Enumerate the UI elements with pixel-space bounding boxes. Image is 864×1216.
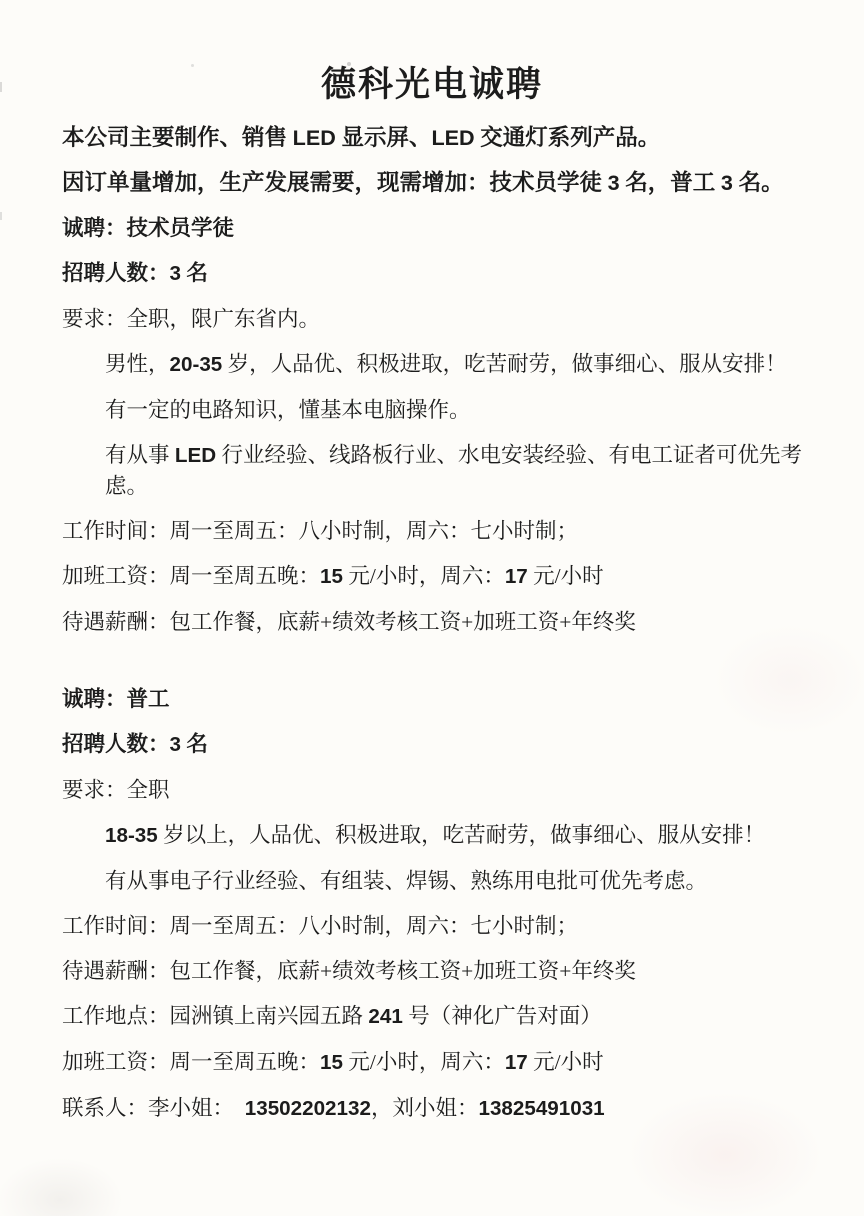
job2-requirement: 要求：全职 [62, 775, 844, 805]
job1-detail-2: 有一定的电路知识，懂基本电脑操作。 [105, 395, 844, 425]
scanned-job-posting-page: 德科光电诚聘 本公司主要制作、销售 LED 显示屏、LED 交通灯系列产品。 因… [0, 0, 864, 1216]
latin-text: 13502202132 [245, 1097, 371, 1120]
job2-overtime-pay: 加班工资：周一至周五晚：15 元/小时，周六：17 元/小时 [62, 1047, 844, 1078]
latin-text: LED [175, 444, 216, 467]
latin-text: 3 [721, 170, 733, 195]
latin-text: 18-35 [105, 824, 158, 847]
latin-text: 3 [170, 733, 181, 756]
scan-edge-artifact [0, 212, 2, 220]
page-title: 德科光电诚聘 [0, 0, 864, 106]
job1-detail-3: 有从事 LED 行业经验、线路板行业、水电安装经验、有电工证者可优先考虑。 [105, 440, 844, 501]
job1-work-hours: 工作时间：周一至周五：八小时制，周六：七小时制； [62, 516, 844, 546]
latin-text: 17 [505, 565, 528, 588]
latin-text: 3 [170, 262, 181, 285]
job2-location: 工作地点：园洲镇上南兴园五路 241 号（神化广告对面） [62, 1001, 844, 1032]
document-body: 本公司主要制作、销售 LED 显示屏、LED 交通灯系列产品。 因订单量增加，生… [0, 106, 864, 1124]
scan-edge-artifact [0, 82, 2, 92]
job1-overtime-pay: 加班工资：周一至周五晚：15 元/小时，周六：17 元/小时 [62, 561, 844, 592]
job2-benefits: 待遇薪酬：包工作餐，底薪+绩效考核工资+加班工资+年终奖 [62, 956, 844, 986]
latin-text: 15 [320, 565, 343, 588]
job1-requirement: 要求：全职，限广东省内。 [62, 304, 844, 334]
job1-heading: 诚聘：技术员学徒 [62, 213, 844, 243]
job1-benefits: 待遇薪酬：包工作餐，底薪+绩效考核工资+加班工资+年终奖 [62, 607, 844, 637]
scan-speck [191, 64, 194, 67]
job2-detail-1: 18-35 岁以上，人品优、积极进取，吃苦耐劳，做事细心、服从安排！ [105, 820, 844, 851]
job2-detail-2: 有从事电子行业经验、有组装、焊锡、熟练用电批可优先考虑。 [105, 866, 844, 896]
job2-contact: 联系人：李小姐： 13502202132，刘小姐：13825491031 [62, 1093, 844, 1124]
latin-text: 13825491031 [478, 1097, 604, 1120]
job1-headcount: 招聘人数：3 名 [62, 258, 844, 289]
scan-speck [347, 62, 351, 66]
latin-text: 241 [368, 1005, 402, 1028]
latin-text: 17 [505, 1051, 528, 1074]
intro-line-2: 因订单量增加，生产发展需要，现需增加：技术员学徒 3 名，普工 3 名。 [62, 168, 844, 198]
latin-text: 3 [608, 170, 620, 195]
job2-heading: 诚聘：普工 [62, 684, 844, 714]
job2-work-hours: 工作时间：周一至周五：八小时制，周六：七小时制； [62, 911, 844, 941]
intro-line-1: 本公司主要制作、销售 LED 显示屏、LED 交通灯系列产品。 [62, 123, 844, 153]
latin-text: LED [431, 125, 474, 150]
job1-detail-1: 男性，20-35 岁，人品优、积极进取，吃苦耐劳，做事细心、服从安排！ [105, 349, 844, 380]
latin-text: 15 [320, 1051, 343, 1074]
latin-text: 20-35 [170, 353, 223, 376]
latin-text: LED [293, 125, 336, 150]
job2-headcount: 招聘人数：3 名 [62, 729, 844, 760]
